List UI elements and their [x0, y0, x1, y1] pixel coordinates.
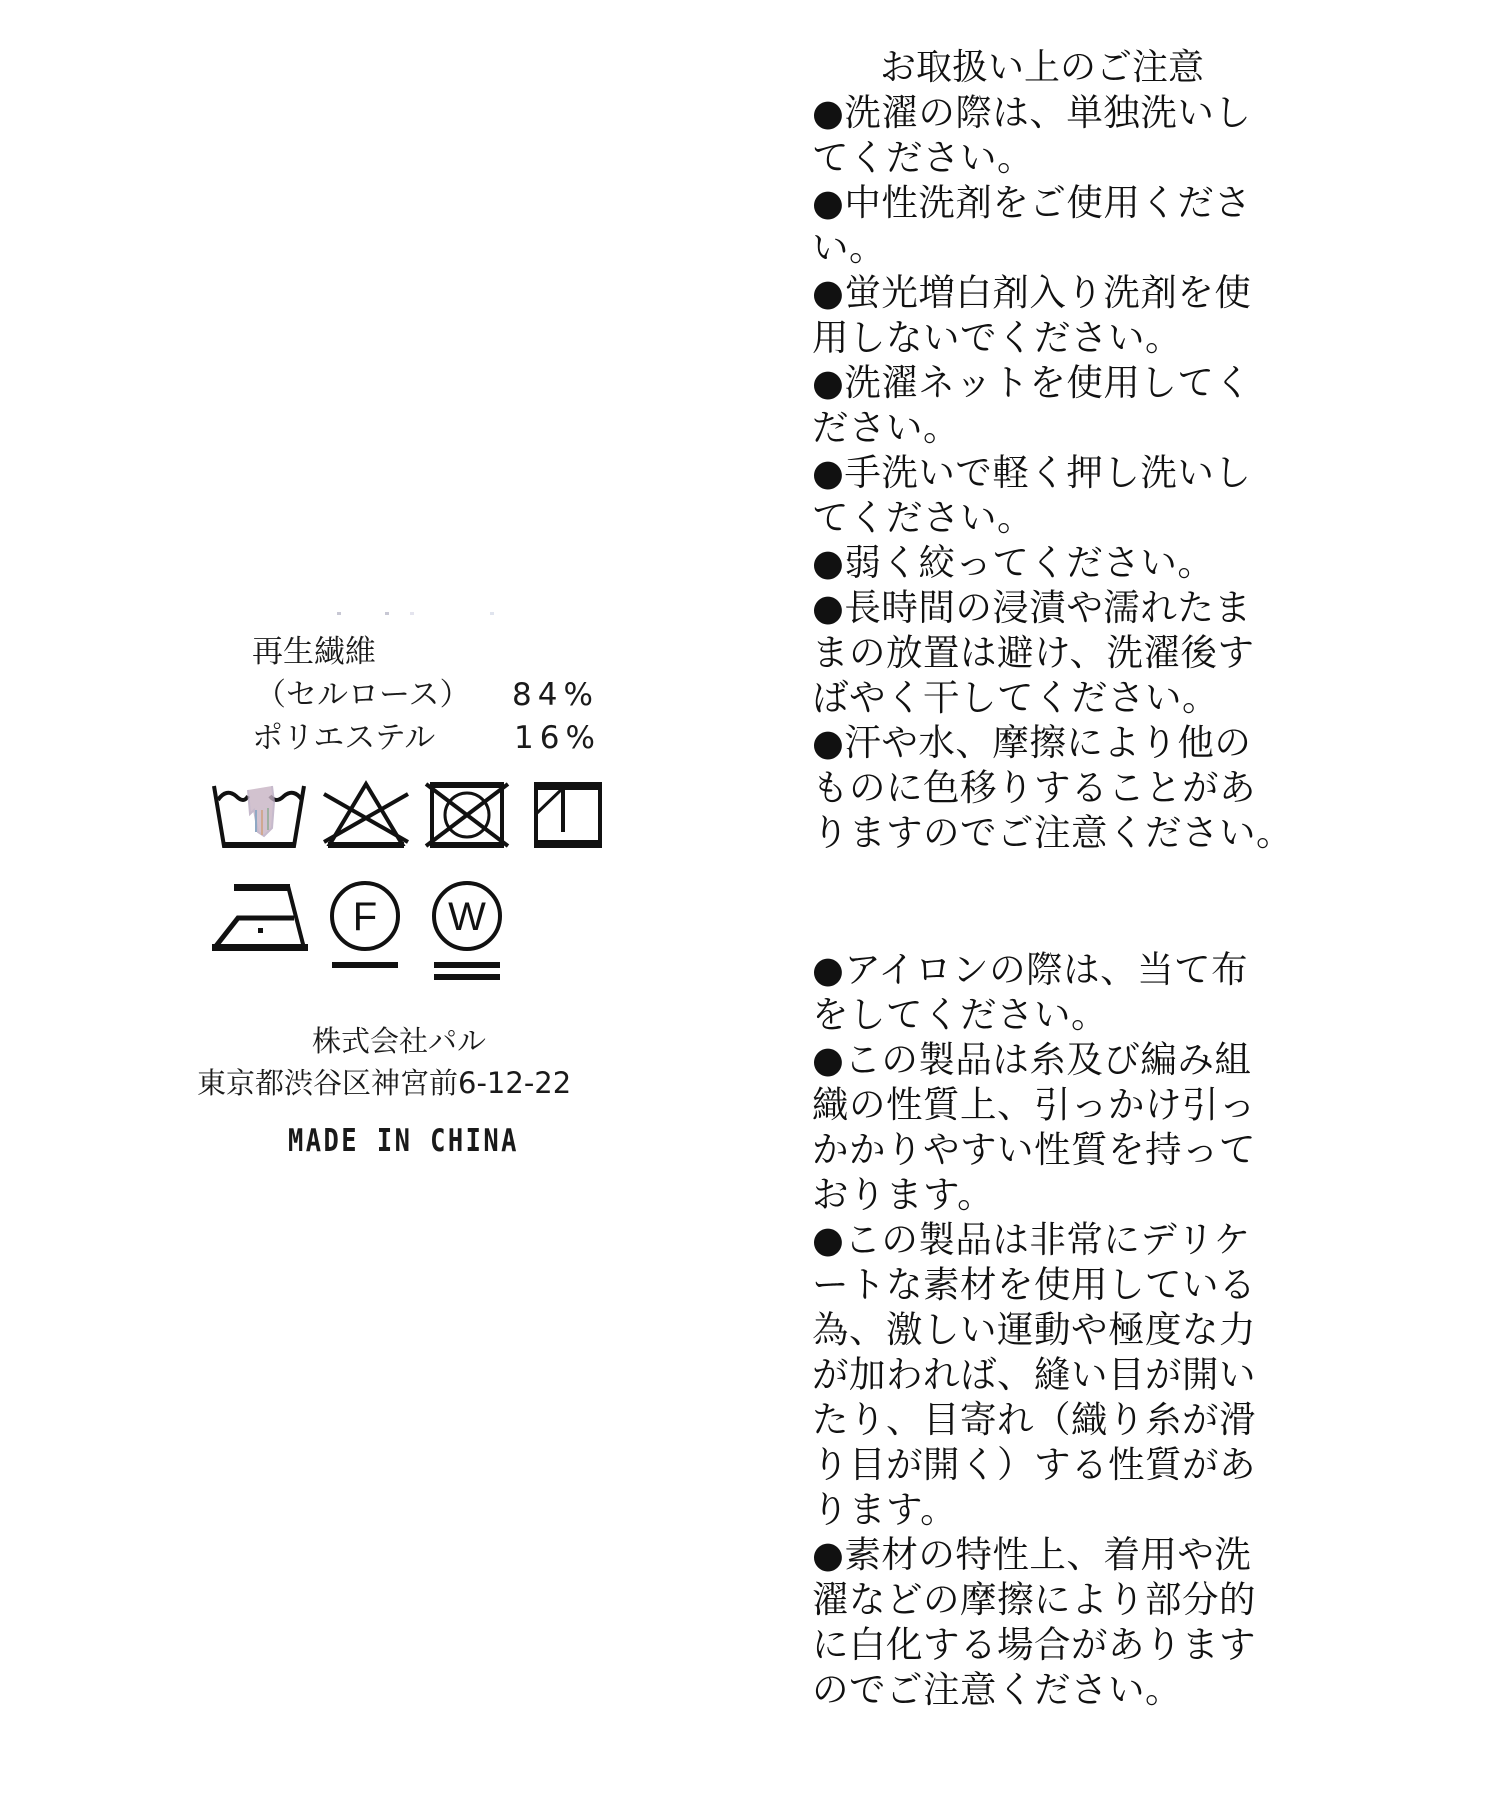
notice-title: お取扱い上のご注意 — [880, 48, 1204, 88]
notice-line: ●この製品は非常にデリケ — [812, 1220, 1251, 1260]
no-bleach-icon — [322, 780, 410, 852]
notice-line: ●この製品は糸及び編み組 — [812, 1040, 1251, 1080]
hand-wash-icon — [210, 780, 308, 852]
notice-line: ●弱く絞ってください。 — [812, 543, 1214, 583]
company-name: 株式会社パル — [312, 1024, 486, 1058]
notice-line: ります。 — [812, 1490, 957, 1530]
svg-text:W: W — [448, 895, 486, 939]
notice-line: たり、目寄れ（織り糸が滑 — [812, 1400, 1256, 1440]
notice-line: ものに色移りすることがあ — [812, 768, 1256, 808]
notice-line: に白化する場合があります — [812, 1625, 1256, 1665]
notice-line: ●蛍光増白剤入り洗剤を使 — [812, 273, 1251, 313]
country-of-origin: MADE IN CHINA — [288, 1124, 519, 1158]
notice-line: をしてください。 — [812, 995, 1108, 1035]
fiber-material-polyester: ポリエステル — [252, 720, 435, 756]
notice-line: のでご注意ください。 — [812, 1670, 1182, 1710]
notice-line: ●洗濯ネットを使用してく — [812, 363, 1251, 403]
dry-clean-f-icon: F — [328, 880, 402, 980]
notice-line: ●素材の特性上、着用や洗 — [812, 1535, 1251, 1575]
fiber-percent-polyester: 16% — [514, 720, 601, 756]
notice-line: まの放置は避け、洗濯後す — [812, 633, 1255, 673]
line-dry-shade-icon — [533, 780, 603, 852]
scan-artifact — [490, 612, 494, 615]
notice-line: い。 — [812, 228, 886, 268]
notice-line: ートな素材を使用している — [812, 1265, 1256, 1305]
notice-line: が加われば、縫い目が開い — [812, 1355, 1256, 1395]
notice-line: ●手洗いで軽く押し洗いし — [812, 453, 1251, 493]
notice-line: 濯などの摩擦により部分的 — [812, 1580, 1256, 1620]
svg-text:F: F — [353, 895, 377, 939]
notice-line: 為、激しい運動や極度な力 — [812, 1310, 1256, 1350]
notice-line: かかりやすい性質を持って — [812, 1130, 1256, 1170]
iron-low-icon — [210, 882, 310, 954]
notice-line: ●洗濯の際は、単独洗いし — [812, 93, 1251, 133]
notice-line: 織の性質上、引っかけ引っ — [812, 1085, 1256, 1125]
fiber-percent-cellulose: 84% — [512, 677, 599, 713]
scan-artifact — [410, 612, 414, 615]
notice-line: てください。 — [812, 498, 1034, 538]
notice-line: ●汗や水、摩擦により他の — [812, 723, 1251, 763]
notice-line: おります。 — [812, 1175, 994, 1215]
notice-line: ●アイロンの際は、当て布 — [812, 950, 1248, 990]
notice-line: り目が開く）する性質があ — [812, 1445, 1256, 1485]
scan-artifact — [385, 612, 389, 615]
company-address: 東京都渋谷区神宮前6-12-22 — [197, 1066, 571, 1100]
fiber-material-cellulose: （セルロース） — [255, 677, 470, 713]
notice-line: りますのでご注意ください。 — [812, 813, 1293, 853]
wet-clean-w-icon: W — [430, 880, 504, 984]
notice-line: てください。 — [812, 138, 1034, 178]
no-tumble-dry-icon — [424, 780, 510, 852]
notice-line: 用しないでください。 — [812, 318, 1182, 358]
scan-artifact — [337, 612, 341, 615]
notice-line: ばやく干してください。 — [812, 678, 1219, 718]
fiber-heading: 再生繊維 — [252, 634, 376, 670]
notice-line: ●長時間の浸漬や濡れたま — [812, 588, 1251, 628]
notice-line: ださい。 — [812, 408, 960, 448]
notice-line: ●中性洗剤をご使用くださ — [812, 183, 1251, 223]
